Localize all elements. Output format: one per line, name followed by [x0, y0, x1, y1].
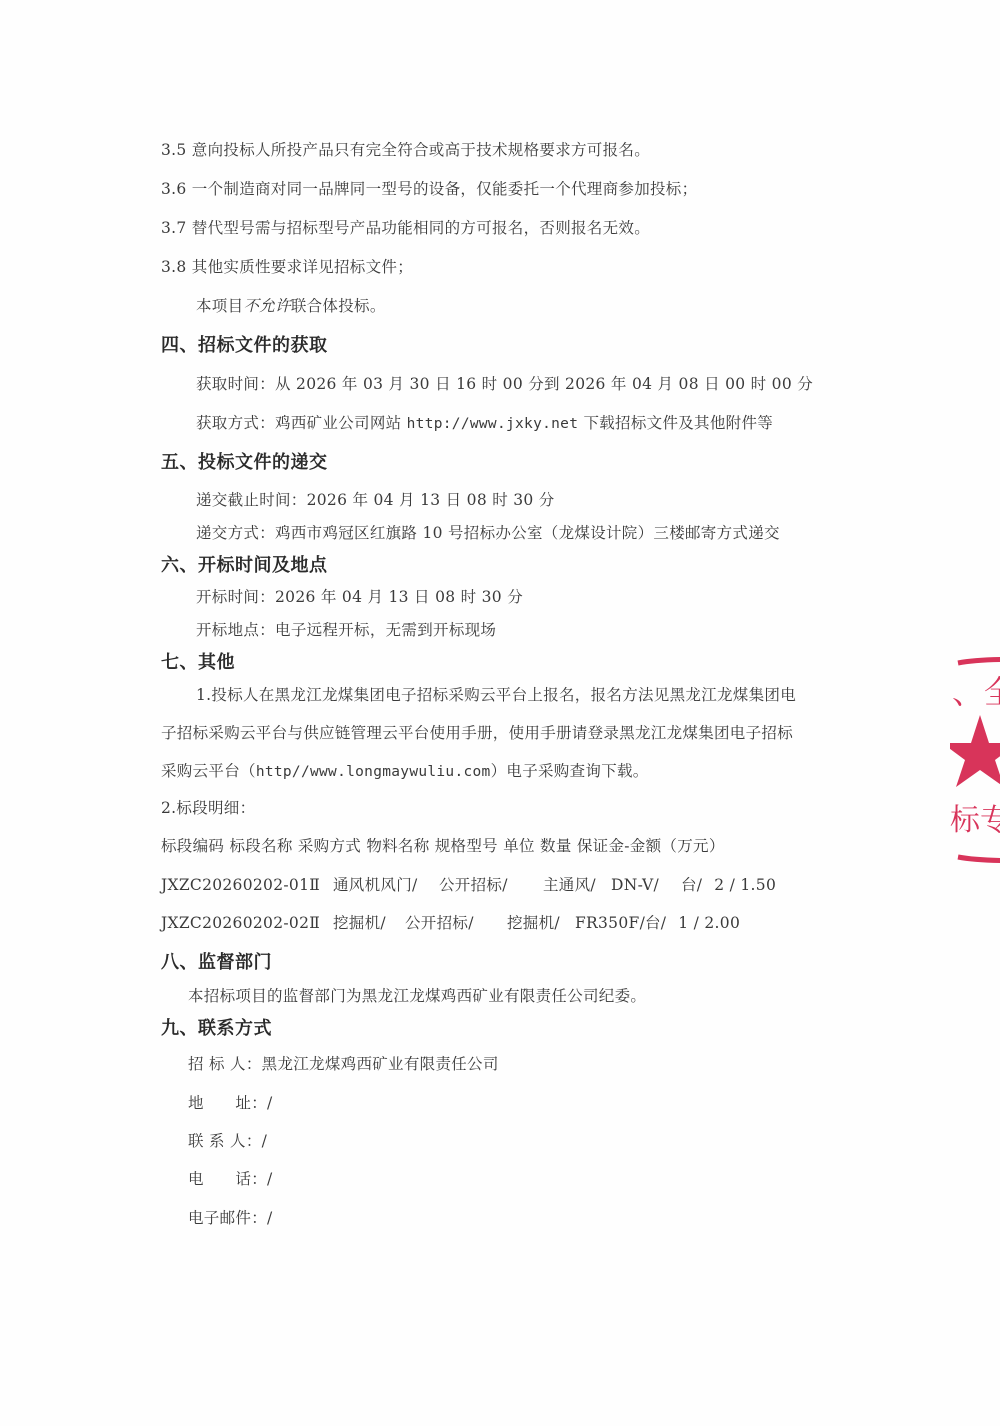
- submission-method-label: 递交方式：: [196, 524, 275, 542]
- contact-label: 电子邮件：: [188, 1209, 267, 1227]
- lot-name: 通风机风门/: [333, 873, 439, 895]
- section-7-title: 七、其他: [161, 648, 235, 674]
- acquisition-time-label: 获取时间：: [196, 375, 275, 393]
- requirement-text: 替代型号需与招标型号产品功能相同的方可报名，否则报名无效。: [192, 219, 650, 237]
- other-paragraph-1-line-1: 1.投标人在黑龙江龙煤集团电子招标采购云平台上报名，报名方法见黑龙江龙煤集团电: [196, 683, 796, 705]
- contact-value: /: [267, 1209, 273, 1227]
- header-material-name: 物料名称: [366, 834, 429, 856]
- spec-model: FR350F/: [575, 914, 645, 932]
- requirement-number: 3.6: [161, 180, 187, 198]
- contact-value: 黑龙江龙煤鸡西矿业有限责任公司: [262, 1055, 499, 1073]
- seal-top-text: 、全招: [952, 673, 1000, 711]
- quantity: 1: [678, 914, 688, 932]
- seal-icon: 、全招 标专用: [950, 655, 1000, 865]
- contact-person: 联 系 人：/: [188, 1129, 267, 1151]
- table-row: JXZC20260202-02Ⅱ挖掘机/公开招标/挖掘机/FR350F/台/ 1…: [161, 911, 740, 933]
- jxky-website-link[interactable]: http://www.jxky.net: [407, 416, 579, 432]
- contact-value: /: [262, 1132, 268, 1150]
- requirement-number: 3.5: [161, 141, 187, 159]
- header-lot-name: 标段名称: [229, 834, 292, 856]
- consortium-note: 本项目不允许联合体投标。: [196, 294, 386, 316]
- official-seal-stamp: 、全招 标专用: [950, 655, 1000, 865]
- opening-time-value: 2026 年 04 月 13 日 08 时 30 分: [275, 588, 523, 606]
- acquisition-method-label: 获取方式：: [196, 414, 275, 432]
- section-5-title: 五、投标文件的递交: [161, 448, 328, 474]
- supervision-text: 本招标项目的监督部门为黑龙江龙煤鸡西矿业有限责任公司纪委。: [188, 984, 646, 1006]
- acquisition-time: 获取时间：从 2026 年 03 月 30 日 16 时 00 分到 2026 …: [196, 372, 813, 394]
- contact-phone: 电 话：/: [188, 1167, 273, 1189]
- contact-email: 电子邮件：/: [188, 1206, 273, 1228]
- header-quantity: 数量: [540, 834, 572, 856]
- unit: 台/: [645, 911, 673, 933]
- header-unit: 单位: [503, 834, 535, 856]
- quantity: 2: [714, 876, 724, 894]
- requirement-text: 意向投标人所投产品只有完全符合或高于技术规格要求方可报名。: [192, 141, 650, 159]
- contact-value: /: [267, 1170, 273, 1188]
- requirement-3-5: 3.5 意向投标人所投产品只有完全符合或高于技术规格要求方可报名。: [161, 138, 650, 160]
- lot-name: 挖掘机/: [333, 911, 405, 933]
- header-lot-code: 标段编码: [161, 834, 224, 856]
- section-4-title: 四、招标文件的获取: [161, 331, 328, 357]
- requirement-number: 3.8: [161, 258, 187, 276]
- opening-place-label: 开标地点：: [196, 621, 275, 639]
- consortium-prefix: 本项目: [196, 297, 243, 315]
- platform-text: 采购云平台（: [161, 762, 256, 780]
- section-8-title: 八、监督部门: [161, 948, 272, 974]
- acquisition-time-value: 从 2026 年 03 月 30 日 16 时 00 分到 2026 年 04 …: [275, 375, 813, 393]
- acquisition-method: 获取方式：鸡西矿业公司网站 http://www.jxky.net 下载招标文件…: [196, 411, 773, 433]
- acquisition-method-suffix: 下载招标文件及其他附件等: [578, 414, 773, 432]
- header-procurement-method: 采购方式: [298, 834, 361, 856]
- consortium-emphasis: 不允许: [243, 297, 290, 315]
- contact-label: 招 标 人：: [188, 1055, 262, 1073]
- opening-time-label: 开标时间：: [196, 588, 275, 606]
- procurement-method: 公开招标/: [439, 873, 543, 895]
- requirement-text: 其他实质性要求详见招标文件；: [192, 258, 413, 276]
- contact-label: 地 址：: [188, 1094, 267, 1112]
- contact-label: 电 话：: [188, 1170, 267, 1188]
- seal-bottom-text: 标专用: [950, 803, 1000, 838]
- submission-deadline-value: 2026 年 04 月 13 日 08 时 30 分: [307, 491, 555, 509]
- lot-table-header: 标段编码 标段名称 采购方式 物料名称 规格型号 单位 数量 保证金-金额（万元…: [161, 834, 725, 856]
- requirement-text: 一个制造商对同一品牌同一型号的设备，仅能委托一个代理商参加投标；: [192, 180, 698, 198]
- submission-method: 递交方式：鸡西市鸡冠区红旗路 10 号招标办公室（龙煤设计院）三楼邮寄方式递交: [196, 521, 780, 543]
- contact-address: 地 址：/: [188, 1091, 273, 1113]
- submission-deadline: 递交截止时间：2026 年 04 月 13 日 08 时 30 分: [196, 488, 555, 510]
- material-name: 主通风/: [543, 873, 611, 895]
- lot-details-label: 2.标段明细：: [161, 796, 255, 818]
- section-9-title: 九、联系方式: [161, 1014, 272, 1040]
- material-name: 挖掘机/: [507, 911, 575, 933]
- longmay-website-link[interactable]: http//www.longmaywuliu.com: [256, 764, 491, 780]
- header-spec-model: 规格型号: [435, 834, 498, 856]
- header-deposit: 保证金-金额（万元）: [577, 834, 725, 856]
- opening-time: 开标时间：2026 年 04 月 13 日 08 时 30 分: [196, 585, 523, 607]
- unit: 台/: [681, 873, 709, 895]
- requirement-3-7: 3.7 替代型号需与招标型号产品功能相同的方可报名，否则报名无效。: [161, 216, 650, 238]
- submission-deadline-label: 递交截止时间：: [196, 491, 307, 509]
- opening-place: 开标地点：电子远程开标，无需到开标现场: [196, 618, 496, 640]
- submission-method-value: 鸡西市鸡冠区红旗路 10 号招标办公室（龙煤设计院）三楼邮寄方式递交: [275, 524, 780, 542]
- contact-label: 联 系 人：: [188, 1132, 262, 1150]
- lot-code: JXZC20260202-01Ⅱ: [161, 876, 333, 894]
- other-paragraph-1-line-2: 子招标采购云平台与供应链管理云平台使用手册，使用手册请登录黑龙江龙煤集团电子招标: [161, 721, 793, 743]
- deposit-amount: 1.50: [740, 876, 776, 894]
- spec-model: DN-V/: [611, 876, 681, 894]
- platform-suffix: ）电子采购查询下载。: [491, 762, 649, 780]
- opening-place-value: 电子远程开标，无需到开标现场: [275, 621, 496, 639]
- requirement-3-8: 3.8 其他实质性要求详见招标文件；: [161, 255, 413, 277]
- requirement-number: 3.7: [161, 219, 187, 237]
- acquisition-method-text: 鸡西矿业公司网站: [275, 414, 407, 432]
- deposit-amount: 2.00: [704, 914, 740, 932]
- other-paragraph-1-line-3: 采购云平台（http//www.longmaywuliu.com）电子采购查询下…: [161, 759, 649, 781]
- contact-value: /: [267, 1094, 273, 1112]
- requirement-3-6: 3.6 一个制造商对同一品牌同一型号的设备，仅能委托一个代理商参加投标；: [161, 177, 697, 199]
- contact-tenderer: 招 标 人：黑龙江龙煤鸡西矿业有限责任公司: [188, 1052, 499, 1074]
- table-row: JXZC20260202-01Ⅱ通风机风门/公开招标/主通风/DN-V/台/ 2…: [161, 873, 776, 895]
- consortium-suffix: 联合体投标。: [291, 297, 386, 315]
- lot-code: JXZC20260202-02Ⅱ: [161, 914, 333, 932]
- procurement-method: 公开招标/: [405, 911, 507, 933]
- section-6-title: 六、开标时间及地点: [161, 551, 328, 577]
